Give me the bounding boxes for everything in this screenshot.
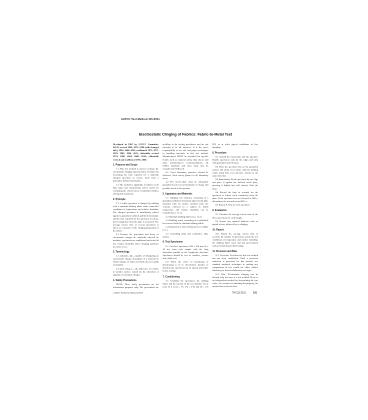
section-paragraph: 8.1 Ground the metal plate and the opera… xyxy=(212,155,258,164)
section-heading: 5. Apparatus and Materials xyxy=(163,192,209,195)
section-paragraph: 8.3 Immediately lift the specimen by one… xyxy=(212,178,258,190)
page-footer: AATCC Technical Manual/2015 TM 115-2011 … xyxy=(113,292,257,295)
footer-page-number: 191 xyxy=(253,292,257,294)
section-paragraph: 2.2 Because the generation and decay of … xyxy=(113,233,159,248)
section-paragraph: 9.1 Calculate the average release time o… xyxy=(212,213,258,219)
section-paragraph: 5.2 Standard rubbing fabrics (see 11.2). xyxy=(163,215,209,218)
body-text-columns: Developed in 1965 by AATCC Committee RA3… xyxy=(113,143,258,292)
section-paragraph: 3.1 antistatic, adj.—capable of dissipat… xyxy=(113,255,159,267)
section-paragraph: 5.5 Grounding strap and conductive table… xyxy=(163,232,209,238)
section-paragraph: 10.1 Report the average release time in … xyxy=(212,232,258,247)
section-heading: 1. Purpose and Scope xyxy=(113,164,159,167)
section-heading: 11. Precision and Bias xyxy=(212,250,258,253)
section-paragraph: 11.2 Bias. Electrostatic clinging can be… xyxy=(212,273,258,288)
section-paragraph: 1.2 The method is applicable to fabrics … xyxy=(113,183,159,195)
section-paragraph: 8.4 Record the time in seconds for the s… xyxy=(212,191,258,203)
section-paragraph: 9.2 Report any unusual behavior such as … xyxy=(212,220,258,226)
section-heading: 7. Conditioning xyxy=(163,275,209,278)
section-paragraph: 8.5 Repeat 8.2-8.4 for each specimen. xyxy=(212,204,258,207)
section-paragraph: 6.1 Cut three specimens 200 x 250 mm (8 … xyxy=(163,245,209,260)
section-heading: 4. Safety Precautions xyxy=(113,279,159,282)
section-paragraph: 5.4 Stopwatch or other timing device rea… xyxy=(163,226,209,232)
document-page: AATCC Test Method 115-2011 Electrostatic… xyxy=(112,115,259,300)
section-heading: 2. Principle xyxy=(113,198,159,201)
section-heading: 8. Procedure xyxy=(212,151,258,154)
method-number-header: AATCC Test Method 115-2011 xyxy=(121,118,160,121)
section-paragraph: 3.2 static cling, n.—the adherence of a … xyxy=(113,267,159,276)
section-paragraph: 1.1 This test method is used to evaluate… xyxy=(113,168,159,183)
section-heading: 9. Evaluation xyxy=(212,209,258,212)
footer-manual-label: AATCC Technical Manual/2015 xyxy=(113,292,143,295)
section-paragraph: 2.1 A fabric specimen is charged by rubb… xyxy=(113,202,159,232)
section-paragraph: 6.2 When the effect of laundering or dry… xyxy=(163,261,209,273)
footer-method-label: TM 115-2011 xyxy=(232,292,246,294)
section-paragraph: 4.2 The metal plate must be adequately g… xyxy=(163,181,209,190)
section-heading: 10. Report xyxy=(212,228,258,231)
section-paragraph: 8.2 Place the specimen flat on the groun… xyxy=(212,165,258,177)
history-note: Developed in 1965 by AATCC Committee RA3… xyxy=(113,143,159,161)
section-paragraph: 5.3 Rubbing wand, consisting of a cylind… xyxy=(163,219,209,225)
scanned-document: AATCC Test Method 115-2011 Electrostatic… xyxy=(112,115,259,300)
section-paragraph: 4.1 Good laboratory practices should be … xyxy=(163,171,209,180)
section-paragraph: 5.1 Clinging test chamber, consisting of… xyxy=(163,196,209,214)
screenshot-canvas: AATCC Test Method 115-2011 Electrostatic… xyxy=(0,0,368,420)
document-title: Electrostatic Clinging of Fabrics: Fabri… xyxy=(112,132,259,136)
footer-right-group: TM 115-2011 191 xyxy=(232,292,257,294)
section-heading: 3. Terminology xyxy=(113,251,159,254)
section-heading: 6. Test Specimens xyxy=(163,241,209,244)
section-paragraph: 11.1 Precision. Precision for this test … xyxy=(212,254,258,272)
